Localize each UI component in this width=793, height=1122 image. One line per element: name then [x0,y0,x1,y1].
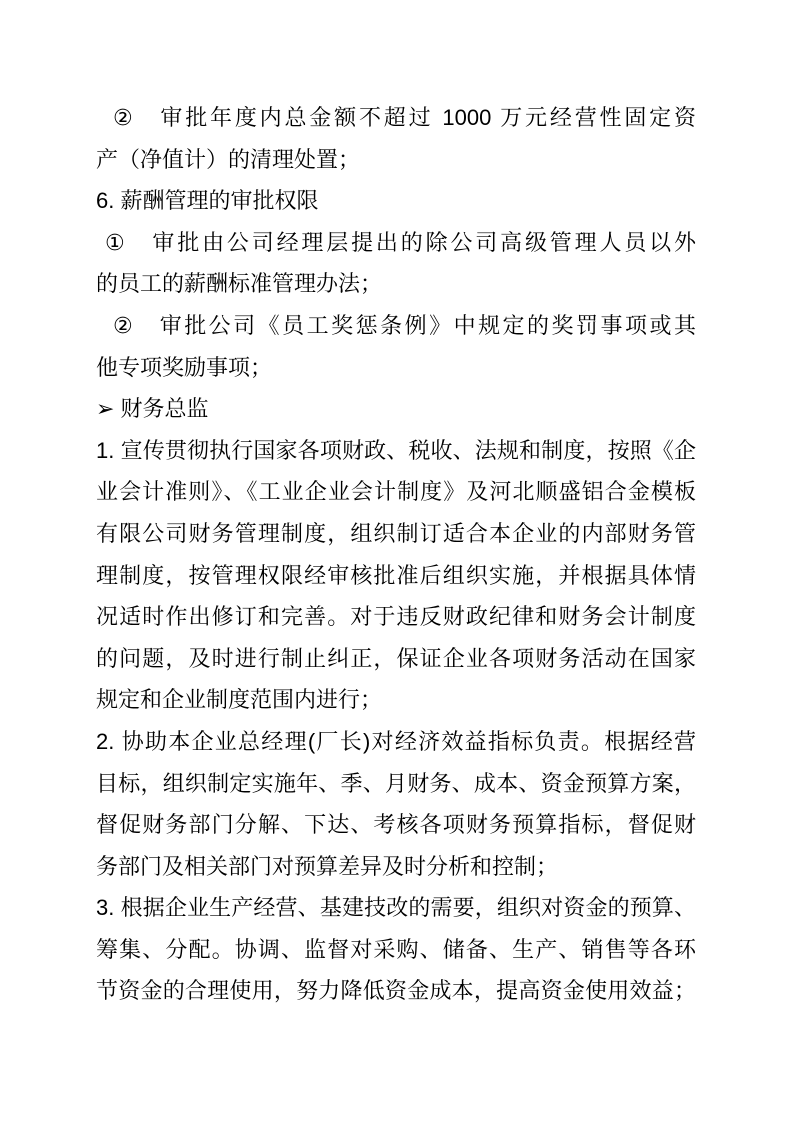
text-line: 理制度，按管理权限经审核批准后组织实施，并根据具体情 [96,555,696,597]
text-line: 督促财务部门分解、下达、考核各项财务预算指标，督促财 [96,804,696,846]
text-line: 产（净值计）的清理处置； [96,139,696,181]
text-line: 的问题，及时进行制止纠正，保证企业各项财务活动在国家 [96,638,696,680]
text-line: ① 审批由公司经理层提出的除公司高级管理人员以外 [96,222,696,264]
text-line: 2. 协助本企业总经理(厂长)对经济效益指标负责。根据经营 [96,721,696,763]
text-line: 1. 宣传贯彻执行国家各项财政、税收、法规和制度，按照《企 [96,430,696,472]
text-line: 3. 根据企业生产经营、基建技改的需要，组织对资金的预算、 [96,887,696,929]
text-line: 他专项奖励事项； [96,347,696,389]
document-page: ② 审批年度内总金额不超过 1000 万元经营性固定资 产（净值计）的清理处置；… [0,0,793,1122]
text-line: 有限公司财务管理制度，组织制订适合本企业的内部财务管 [96,513,696,555]
text-line: 6. 薪酬管理的审批权限 [96,180,696,222]
text-line: 业会计准则》、《工业企业会计制度》及河北顺盛铝合金模板 [96,471,696,513]
text-line: 况适时作出修订和完善。对于违反财政纪律和财务会计制度 [96,596,696,638]
bullet-heading-line: ➢ 财务总监 [96,388,696,430]
document-text-block: ② 审批年度内总金额不超过 1000 万元经营性固定资 产（净值计）的清理处置；… [96,97,696,1012]
text-line: 筹集、分配。协调、监督对采购、储备、生产、销售等各环 [96,929,696,971]
text-line: 节资金的合理使用，努力降低资金成本，提高资金使用效益； [96,970,696,1012]
text-line: 目标，组织制定实施年、季、月财务、成本、资金预算方案， [96,763,696,805]
text-line: ② 审批年度内总金额不超过 1000 万元经营性固定资 [96,97,696,139]
text-line: 规定和企业制度范围内进行； [96,679,696,721]
text-line: 务部门及相关部门对预算差异及时分析和控制； [96,846,696,888]
text-line: 的员工的薪酬标准管理办法； [96,263,696,305]
text-line: ② 审批公司《员工奖惩条例》中规定的奖罚事项或其 [96,305,696,347]
